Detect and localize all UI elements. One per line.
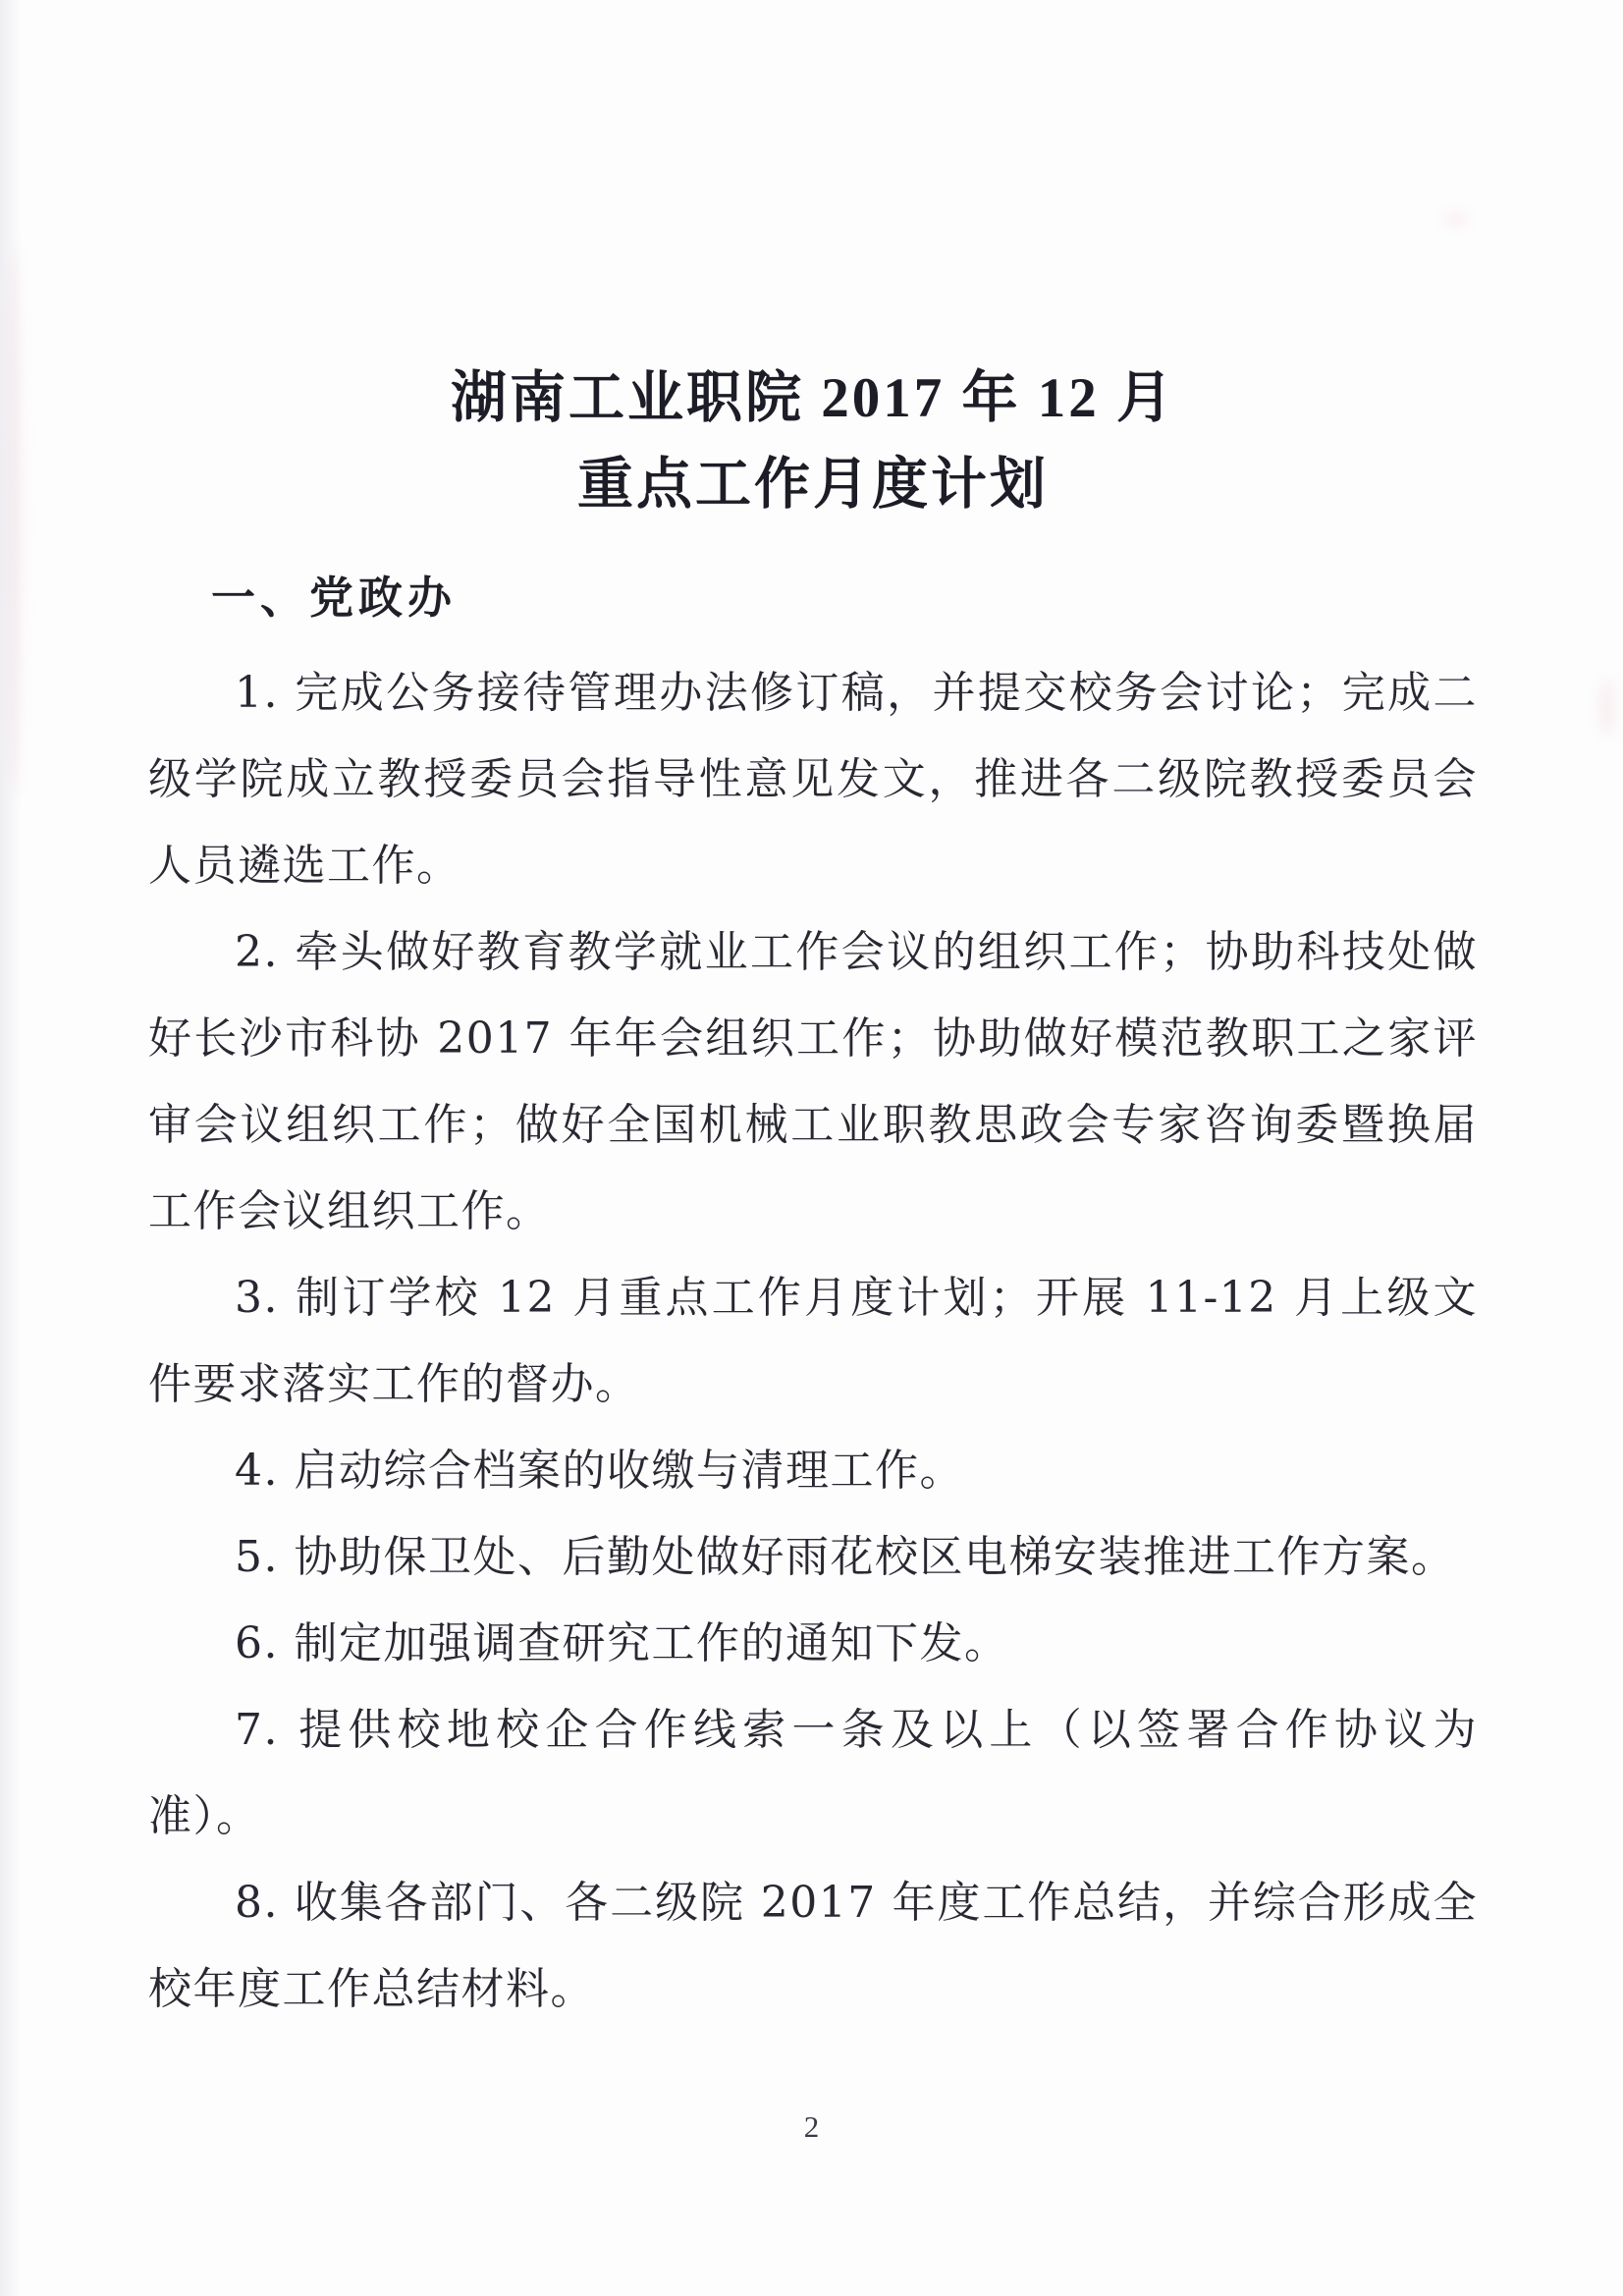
title-line-1: 湖南工业职院 2017 年 12 月: [148, 355, 1478, 442]
paragraph-item-7: 7. 提供校地校企合作线索一条及以上（以签署合作协议为准）。: [148, 1687, 1478, 1860]
scan-smudge: [1598, 678, 1616, 737]
document-title: 湖南工业职院 2017 年 12 月 重点工作月度计划: [148, 355, 1478, 529]
title-line-2: 重点工作月度计划: [148, 442, 1478, 528]
paragraph-item-3: 3. 制订学校 12 月重点工作月度计划；开展 11-12 月上级文件要求落实工…: [148, 1255, 1478, 1428]
scanned-document-page: 湖南工业职院 2017 年 12 月 重点工作月度计划 一、党政办 1. 完成公…: [0, 0, 1623, 2296]
paragraph-item-5: 5. 协助保卫处、后勤处做好雨花校区电梯安装推进工作方案。: [148, 1514, 1478, 1601]
paragraph-item-6: 6. 制定加强调查研究工作的通知下发。: [148, 1601, 1478, 1687]
paragraph-item-4: 4. 启动综合档案的收缴与清理工作。: [148, 1428, 1478, 1514]
document-body: 湖南工业职院 2017 年 12 月 重点工作月度计划 一、党政办 1. 完成公…: [148, 355, 1478, 2033]
paragraph-item-8: 8. 收集各部门、各二级院 2017 年度工作总结，并综合形成全校年度工作总结材…: [148, 1860, 1478, 2033]
page-number: 2: [0, 2109, 1623, 2145]
scan-smudge: [6, 246, 22, 795]
section-heading-dangzhengban: 一、党政办: [148, 565, 1478, 631]
paragraph-item-1: 1. 完成公务接待管理办法修订稿，并提交校务会讨论；完成二级学院成立教授委员会指…: [148, 650, 1478, 909]
paragraph-item-2: 2. 牵头做好教育教学就业工作会议的组织工作；协助科技处做好长沙市科协 2017…: [148, 909, 1478, 1255]
scan-smudge: [1443, 211, 1469, 227]
